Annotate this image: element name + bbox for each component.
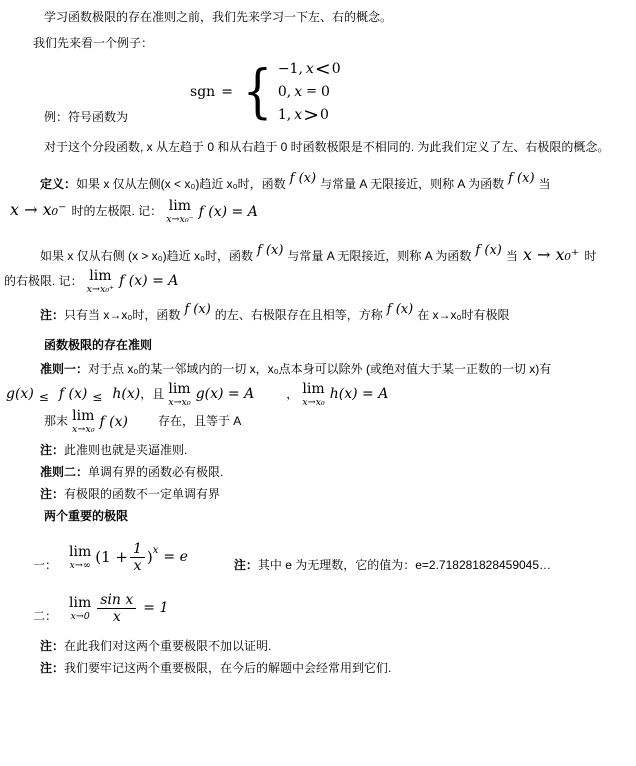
lim-subscript: x→x₀⁺ xyxy=(87,285,115,295)
lim-subscript: x→0 xyxy=(70,612,89,622)
sgn-formula: sgn = { −1, x < 0 0, x = 0 1, x xyxy=(190,58,341,126)
lim-block: limx→∞ xyxy=(69,545,91,571)
limit-g-formula: limx→x₀g(x) = A xyxy=(168,382,254,408)
note-label: 注： xyxy=(40,639,64,653)
lim-subscript: x→x₀⁻ xyxy=(166,215,194,225)
definition-left-line2: x → x₀⁻时的左极限. 记：limx→x₀⁻f (x) = A xyxy=(10,198,628,225)
sgn-cases: −1, x < 0 0, x = 0 1, x > 0 xyxy=(278,58,341,126)
criterion1-text: 对于点 x₀的某一邻域内的一切 x，x₀点本身可以除外 (或绝对值大于某一正数的… xyxy=(88,362,551,376)
limit2-formula: limx→0sin xx= 1 xyxy=(65,592,168,625)
definition-left-line1: 定义：如果 x 仅从左侧(x < x₀)趋近 x₀时，函数f (x)与常量 A … xyxy=(40,175,628,195)
definition-label: 定义： xyxy=(40,177,76,191)
def-left-text3: 当 xyxy=(539,177,551,191)
open-paren-plus: (1 + xyxy=(95,546,128,569)
important-limit-2: 二： limx→0sin xx= 1 xyxy=(33,592,628,625)
fraction-numerator: sin x xyxy=(97,592,136,609)
def-left-text2: 与常量 A 无限接近，则称 A 为函数 xyxy=(320,177,504,191)
note-both-limits: 注：只有当 x→x₀时，函数f (x)的左、右极限存在且相等，方称f (x)在 … xyxy=(40,306,628,326)
note-label: 注： xyxy=(234,558,258,572)
fraction-numerator: 1 xyxy=(130,541,145,558)
comma-text: ， xyxy=(286,387,298,401)
example-lead: 我们先来看一个例子： xyxy=(33,34,628,52)
piecewise-discussion-text: 对于这个分段函数, x 从左趋于 0 和从右趋于 0 时函数极限是不相同的. 为… xyxy=(44,140,609,154)
def-left-text1: 如果 x 仅从左侧(x < x₀)趋近 x₀时，函数 xyxy=(76,177,286,191)
def-right-text2: 与常量 A 无限接近，则称 A 为函数 xyxy=(287,249,471,263)
lim-operator: limx→0 xyxy=(69,596,91,622)
criterion2-text: 单调有界的函数必有极限. xyxy=(88,465,223,479)
f-of-x: f (x) xyxy=(59,386,87,402)
lim-block: limx→0 xyxy=(69,596,91,622)
case-bound: 0 xyxy=(320,105,329,126)
then-text: 那末 xyxy=(44,414,68,428)
e-value-text: 其中 e 为无理数，它的值为：e=2.718281828459045… xyxy=(258,558,551,572)
case-value: 0, xyxy=(278,82,291,103)
note-no-proof: 注：在此我们对这两个重要极限不加以证明. xyxy=(40,637,628,655)
x-approaches-x0-plus: x → x₀⁺ xyxy=(523,245,579,264)
less-equal-sign: ≤ xyxy=(92,390,102,404)
lim-operator: limx→x₀ xyxy=(302,382,324,408)
limit1-note: 注：其中 e 为无理数，它的值为：e=2.718281828459045… xyxy=(234,556,551,574)
case-variable: x xyxy=(294,82,302,103)
f-of-x: f (x) xyxy=(184,302,210,317)
criterion1-label: 准则一： xyxy=(40,362,88,376)
lim-word: lim xyxy=(69,596,91,610)
case-variable: x xyxy=(306,59,314,80)
sgn-case-negative: −1, x < 0 xyxy=(278,58,341,80)
case-bound: 0 xyxy=(332,59,341,80)
criterion2-label: 准则二： xyxy=(40,465,88,479)
limit1-label: 一： xyxy=(33,556,57,574)
fraction-denominator: x xyxy=(110,609,124,625)
less-equal-sign: ≤ xyxy=(39,390,49,404)
example-lead-text: 我们先来看一个例子： xyxy=(33,36,153,50)
intro-paragraph: 学习函数极限的存在准则之前，我们先来学习一下左、右的概念。 xyxy=(44,8,628,26)
f-of-x: f (x) xyxy=(475,243,501,258)
less-than-sign: < xyxy=(315,55,331,84)
lim-word: lim xyxy=(168,382,190,396)
note2-text: 此准则也就是夹逼准则. xyxy=(64,443,187,457)
lim-operator: limx→x₀⁺ xyxy=(87,269,115,295)
document-page: 学习函数极限的存在准则之前，我们先来学习一下左、右的概念。 我们先来看一个例子：… xyxy=(0,0,636,766)
equals-sign: = xyxy=(221,82,233,103)
case-bound: 0 xyxy=(321,82,330,103)
note-label: 注： xyxy=(40,443,64,457)
note-label: 注： xyxy=(40,661,64,675)
case-value: 1, xyxy=(278,105,291,126)
note1-text2: 的左、右极限存在且相等，方称 xyxy=(215,308,383,322)
note-remember: 注：我们要牢记这两个重要极限，在今后的解题中会经常用到它们. xyxy=(40,659,628,677)
f-of-x: f (x) xyxy=(257,243,283,258)
lim-word: lim xyxy=(302,382,324,396)
exists-text: 存在，且等于 A xyxy=(158,414,241,428)
g-of-x: g(x) xyxy=(6,386,34,402)
criterion2-line: 准则二：单调有界的函数必有极限. xyxy=(40,463,628,481)
limit-expression: g(x) = A xyxy=(196,384,255,405)
fraction-denominator: x xyxy=(130,558,144,574)
def-right-text1: 如果 x 仅从右侧 (x > x₀)趋近 x₀时，函数 xyxy=(40,249,253,263)
left-brace-icon: { xyxy=(243,64,273,119)
equals-one: = 1 xyxy=(143,598,168,619)
limit-f-formula: limx→x₀f (x) xyxy=(72,409,128,435)
left-limit-formula: limx→x₀⁻f (x) = A xyxy=(166,199,258,225)
criterion1-line1: 准则一：对于点 x₀的某一邻域内的一切 x，x₀点本身可以除外 (或绝对值大于某… xyxy=(40,360,628,378)
def-right-text3: 当 xyxy=(506,249,518,263)
x-approaches-x0-minus: x → x₀⁻ xyxy=(10,200,66,219)
limit-expression: f (x) xyxy=(100,412,128,433)
limit-h-formula: limx→x₀h(x) = A xyxy=(302,382,388,408)
sinx-over-x-fraction: sin xx xyxy=(97,592,136,625)
case-value: −1, xyxy=(278,59,303,80)
limit-expression: f (x) = A xyxy=(119,271,178,292)
lim-word: lim xyxy=(169,199,191,213)
def-right-text5: 的右极限. 记： xyxy=(4,274,83,288)
lim-operator: limx→x₀ xyxy=(72,409,94,435)
one-over-x-fraction: 1x xyxy=(130,541,145,574)
lim-subscript: x→∞ xyxy=(70,561,91,571)
heading-existence-criteria: 函数极限的存在准则 xyxy=(44,336,628,354)
lim-subscript: x→x₀ xyxy=(302,398,324,408)
comma-and-text: ，且 xyxy=(140,387,164,401)
sgn-case-zero: 0, x = 0 xyxy=(278,81,341,103)
f-of-x: f (x) xyxy=(387,302,413,317)
lim-operator: limx→∞ xyxy=(69,545,91,571)
lim-word: lim xyxy=(89,269,111,283)
note4-text: 在此我们对这两个重要极限不加以证明. xyxy=(64,639,271,653)
sgn-case-positive: 1, x > 0 xyxy=(278,104,341,126)
note3-text: 有极限的函数不一定单调有界 xyxy=(64,487,220,501)
criterion1-inequality: g(x)≤f (x)≤h(x)，且limx→x₀g(x) = A，limx→x₀… xyxy=(4,382,628,408)
definition-right-line1: 如果 x 仅从右侧 (x > x₀)趋近 x₀时，函数f (x)与常量 A 无限… xyxy=(40,243,628,267)
definition-right-line2: 的右极限. 记：limx→x₀⁺f (x) = A xyxy=(4,269,628,295)
lim-subscript: x→x₀ xyxy=(72,425,94,435)
piecewise-discussion: 对于这个分段函数, x 从左趋于 0 和从右趋于 0 时函数极限是不相同的. 为… xyxy=(4,136,624,159)
h-of-x: h(x) xyxy=(112,386,140,402)
heading-two-limits: 两个重要的极限 xyxy=(44,507,628,525)
limit1-formula: limx→∞(1 +1x)x= e xyxy=(65,541,188,574)
exponent-x: x xyxy=(153,543,159,558)
limit2-label: 二： xyxy=(33,607,57,625)
case-variable: x xyxy=(294,105,302,126)
note1-text3: 在 x→x₀时有极限 xyxy=(417,308,509,322)
note-label: 注： xyxy=(40,487,64,501)
def-left-text4: 时的左极限. 记： xyxy=(71,204,162,218)
heading-text: 两个重要的极限 xyxy=(44,509,128,523)
f-of-x: f (x) xyxy=(290,171,316,186)
note-monotone: 注：有极限的函数不一定单调有界 xyxy=(40,485,628,503)
intro-text: 学习函数极限的存在准则之前，我们先来学习一下左、右的概念。 xyxy=(44,10,392,24)
heading-text: 函数极限的存在准则 xyxy=(44,338,152,352)
lim-operator: limx→x₀⁻ xyxy=(166,199,194,225)
limit-expression: h(x) = A xyxy=(330,384,389,405)
limit-expression: f (x) = A xyxy=(199,202,258,223)
greater-than-sign: > xyxy=(303,101,319,130)
right-limit-formula: limx→x₀⁺f (x) = A xyxy=(87,269,179,295)
sgn-example-label: 例：符号函数为 xyxy=(44,108,128,126)
lim-operator: limx→x₀ xyxy=(168,382,190,408)
important-limit-1: 一： limx→∞(1 +1x)x= e 注：其中 e 为无理数，它的值为：e=… xyxy=(33,541,628,574)
lim-word: lim xyxy=(72,409,94,423)
note-squeeze: 注：此准则也就是夹逼准则. xyxy=(40,441,628,459)
note1-text1: 只有当 x→x₀时，函数 xyxy=(64,308,180,322)
criterion1-conclusion: 那末limx→x₀f (x)存在，且等于 A xyxy=(44,409,628,435)
equals-e: = e xyxy=(163,547,187,568)
note5-text: 我们要牢记这两个重要极限，在今后的解题中会经常用到它们. xyxy=(64,661,391,675)
def-right-text4: 时 xyxy=(584,249,596,263)
lim-subscript: x→x₀ xyxy=(168,398,190,408)
f-of-x: f (x) xyxy=(508,171,534,186)
sgn-definition-block: 例：符号函数为 sgn = { −1, x < 0 0, x = 0 xyxy=(4,58,628,126)
note-label: 注： xyxy=(40,308,64,322)
sgn-function-name: sgn xyxy=(190,82,215,103)
equals-sign: = xyxy=(306,82,317,102)
lim-word: lim xyxy=(69,545,91,559)
